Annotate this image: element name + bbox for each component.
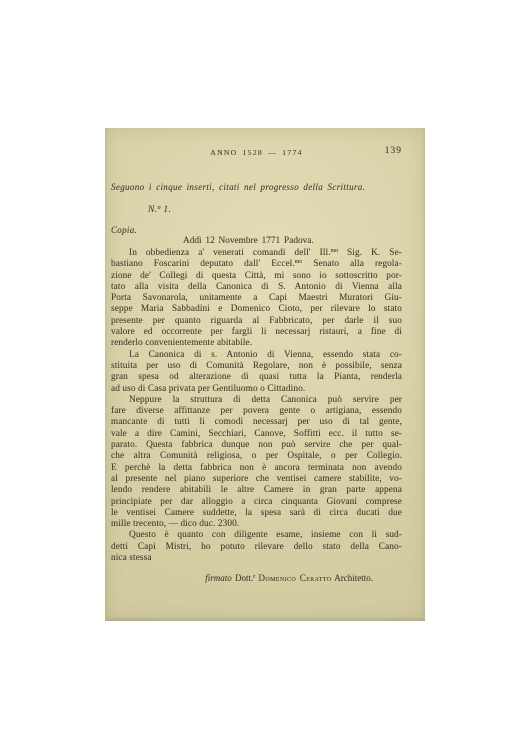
body-line: vale a dire Camini, Secchiari, Canove, S… xyxy=(111,429,402,440)
body-line: Neppure la struttura di detta Canonica p… xyxy=(111,395,402,406)
signature-title-sup: r xyxy=(253,574,255,580)
body-line: che altra Comunità religiosa, o per Ospi… xyxy=(111,451,402,462)
body-line: Porta Savonarola, unitamente a Capi Maes… xyxy=(111,293,402,304)
body-line: E perchè la detta fabbrica non è ancora … xyxy=(111,463,402,474)
signature-firmato: firmato xyxy=(205,573,232,583)
body-line: renderlo convenientemente abitabile. xyxy=(111,338,402,349)
body-line: nica stessa xyxy=(111,553,402,564)
body-line: mancante di tutti li comodi necessarj pe… xyxy=(111,417,402,428)
body-line: gran spesa od alterazione di quasi tutta… xyxy=(111,372,402,383)
body-line: le ventisei Camere suddette, la spesa sa… xyxy=(111,508,402,519)
body-line: tato alla visita della Canonica di S. An… xyxy=(111,282,402,293)
body-line: parato. Questa fabbrica dunque non può s… xyxy=(111,440,402,451)
body-line: seppe Maria Sabbadini e Domenico Cioto, … xyxy=(111,304,402,315)
copy-label: Copia. xyxy=(111,225,402,235)
document-body: In obbedienza a' venerati comandi dell' … xyxy=(111,248,402,564)
signature-line: firmato Dott.r Domenico Ceratto Architet… xyxy=(111,573,373,583)
body-line: detti Capi Mistri, ho potuto rilevare de… xyxy=(111,542,402,553)
body-line: stituita per uso di Comunità Regolare, n… xyxy=(111,361,402,372)
body-line: fare diverse affittanze per povera gente… xyxy=(111,406,402,417)
body-line: ad uso di Casa privata per Gentiluomo o … xyxy=(111,384,402,395)
body-line: valore ed occorrente per fargli li neces… xyxy=(111,327,402,338)
body-line: La Canonica di s. Antonio di Vienna, ess… xyxy=(111,350,402,361)
page-number: 139 xyxy=(385,146,402,156)
insert-number: N.o 1. xyxy=(148,204,402,215)
body-line: mille trecento, — dico duc. 2300. xyxy=(111,519,402,530)
running-title: ANNO 1528 — 1774 xyxy=(210,148,302,157)
signature-title: Dott. xyxy=(235,573,253,583)
dateline: Addì 12 Novembre 1771 Padova. xyxy=(111,236,402,246)
signature-name: Domenico Ceratto xyxy=(258,573,331,583)
body-line: zione de' Collegi di questa Città, mi so… xyxy=(111,271,402,282)
body-line: lendo rendere abitabili le altre Camere … xyxy=(111,485,402,496)
body-line: Questo è quanto con diligente esame, ins… xyxy=(111,530,402,541)
signature-role: Architetto. xyxy=(334,573,373,583)
body-line: principiate per dar alloggio a circa cin… xyxy=(111,497,402,508)
running-head: ANNO 1528 — 1774 139 xyxy=(111,148,402,159)
body-line: presente per quanto riguarda al Fabbrica… xyxy=(111,316,402,327)
book-page: ANNO 1528 — 1774 139 Seguono i cinque in… xyxy=(105,128,425,621)
section-note: Seguono i cinque inserti, citati nel pro… xyxy=(111,182,402,192)
body-line: bastiano Foscarini deputato dall' Eccel.… xyxy=(111,259,402,270)
body-line: In obbedienza a' venerati comandi dell' … xyxy=(111,248,402,259)
body-line: al presente nel piano superiore che vent… xyxy=(111,474,402,485)
